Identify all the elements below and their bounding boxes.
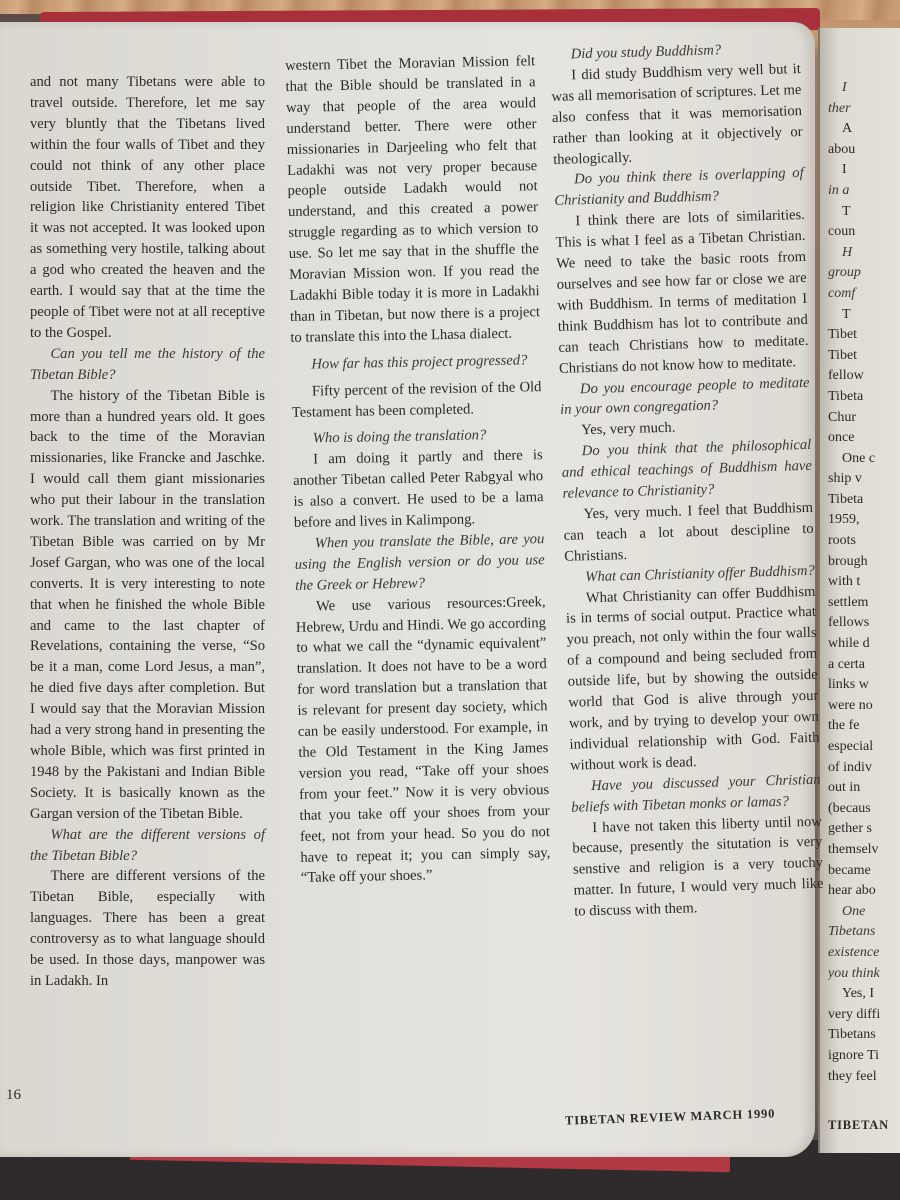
next-page-line: existence	[828, 943, 900, 964]
next-page-line: Tibetans	[828, 1025, 900, 1046]
next-page-footer: TIBETAN	[828, 1118, 889, 1133]
next-page-line: T	[828, 202, 900, 223]
next-page-line: out in	[828, 778, 900, 799]
answer-paragraph: western Tibet the Moravian Mission felt …	[285, 51, 541, 348]
answer-paragraph: We use various resources:Greek, Hebrew, …	[295, 592, 551, 889]
answer-paragraph: Yes, very much. I feel that Buddhism can…	[563, 498, 815, 568]
next-page-line: fellows	[828, 613, 900, 634]
next-page-line: the fe	[828, 716, 900, 737]
next-page-line: Tibet	[828, 325, 900, 346]
next-page-line: brough	[828, 552, 900, 573]
answer-paragraph: I have not taken this liberty until now …	[572, 811, 825, 922]
next-page-line: (becaus	[828, 799, 900, 820]
answer-paragraph: What Christianity can offer Buddhism is …	[565, 581, 820, 776]
next-page-line: I	[828, 160, 900, 181]
next-page-line: once	[828, 428, 900, 449]
interview-question: Have you discussed your Christian belief…	[570, 769, 821, 818]
next-page-line: comf	[828, 284, 900, 305]
next-page-line: very diffi	[828, 1005, 900, 1026]
next-page-line: Tibetans	[828, 922, 900, 943]
next-page-line: Tibet	[828, 346, 900, 367]
next-page-line: group	[828, 263, 900, 284]
interview-question: Can you tell me the history of the Tibet…	[30, 344, 265, 386]
answer-paragraph: I am doing it partly and there is anothe…	[293, 445, 545, 533]
next-page-line: ther	[828, 99, 900, 120]
next-page-line: 1959,	[828, 510, 900, 531]
next-page-line: especial	[828, 737, 900, 758]
next-page-line: settlem	[828, 593, 900, 614]
interview-question: Do you encourage people to meditate in y…	[559, 372, 810, 421]
answer-paragraph: I think there are lots of similarities. …	[555, 205, 810, 379]
next-page-line: roots	[828, 531, 900, 552]
interview-question: When you translate the Bible, are you us…	[294, 529, 545, 597]
next-page-line: gether s	[828, 819, 900, 840]
article-column-2: western Tibet the Moravian Mission felt …	[285, 51, 551, 889]
next-page-text-fragments: ItherAabouIin aTcounHgroupcomfTTibetTibe…	[828, 78, 900, 1087]
next-page-line: One c	[828, 449, 900, 470]
next-page-line: H	[828, 243, 900, 264]
next-page-line: in a	[828, 181, 900, 202]
next-page-line: links w	[828, 675, 900, 696]
next-page-line: A	[828, 119, 900, 140]
next-page-line: they feel	[828, 1067, 900, 1088]
next-page-line: coun	[828, 222, 900, 243]
article-column-3: Did you study Buddhism? I did study Budd…	[550, 38, 824, 923]
next-page-line: Chur	[828, 408, 900, 429]
next-page-line: Tibeta	[828, 490, 900, 511]
next-page-line: a certa	[828, 655, 900, 676]
next-page-line: themselv	[828, 840, 900, 861]
next-page-line: you think	[828, 964, 900, 985]
interview-question: Do you think there is overlapping of Chr…	[554, 163, 805, 212]
answer-paragraph: The history of the Tibetan Bible is more…	[30, 386, 265, 825]
next-page-line: ship v	[828, 469, 900, 490]
next-page-line: were no	[828, 696, 900, 717]
next-page-line: I	[828, 78, 900, 99]
next-page-line: became	[828, 861, 900, 882]
answer-paragraph: and not many Tibetans were able to trave…	[30, 72, 265, 344]
page-number: 16	[6, 1087, 21, 1104]
next-page-line: T	[828, 305, 900, 326]
next-page-line: Yes, I	[828, 984, 900, 1005]
next-page-line: Tibeta	[828, 387, 900, 408]
answer-paragraph: I did study Buddhism very well but it wa…	[551, 59, 804, 170]
next-page-line: fellow	[828, 366, 900, 387]
interview-question: What are the different versions of the T…	[30, 825, 265, 867]
next-page-line: of indiv	[828, 758, 900, 779]
answer-paragraph: Fifty percent of the revision of the Old…	[291, 377, 542, 424]
next-page-line: hear abo	[828, 881, 900, 902]
answer-paragraph: There are different versions of the Tibe…	[30, 866, 265, 991]
next-page-line: abou	[828, 140, 900, 161]
next-page-line: while d	[828, 634, 900, 655]
next-page-line: ignore Ti	[828, 1046, 900, 1067]
next-page-line: with t	[828, 572, 900, 593]
interview-question: Do you think that the philosophical and …	[561, 435, 813, 505]
article-column-1: and not many Tibetans were able to trave…	[30, 72, 265, 992]
next-page-line: One	[828, 902, 900, 923]
